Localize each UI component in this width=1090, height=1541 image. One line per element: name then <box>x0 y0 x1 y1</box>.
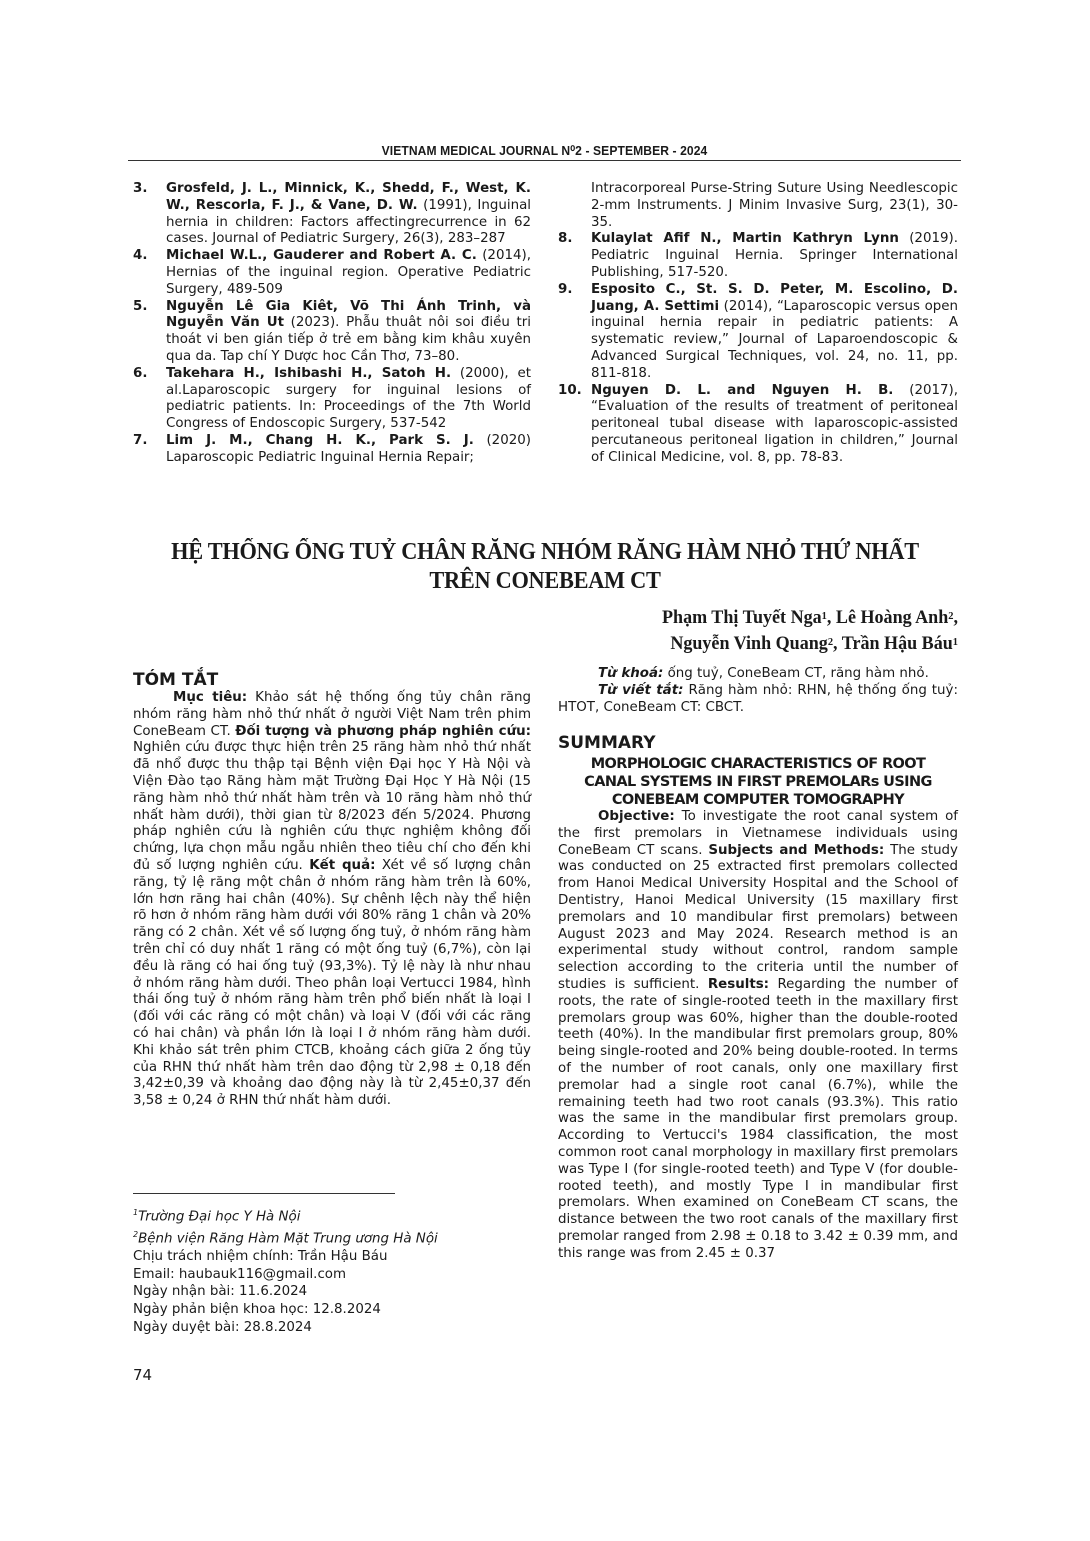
reference-number: 10. <box>558 383 591 467</box>
english-title-line: CONEBEAM COMPUTER TOMOGRAPHY <box>558 791 958 809</box>
reference-number: 3. <box>133 181 166 248</box>
summary-english: SUMMARY MORPHOLOGIC CHARACTERISTICS OF R… <box>558 733 958 1263</box>
journal-page: VIETNAM MEDICAL JOURNAL N⁰2 - SEPTEMBER … <box>0 0 1090 1541</box>
author-name: Phạm Thị Tuyết Nga <box>662 607 822 628</box>
abstract-results-text: Xét về số lượng chân răng, tỷ lệ răng mộ… <box>133 858 531 1108</box>
abbreviations-line: Từ viết tắt: Răng hàm nhỏ: RHN, hệ thống… <box>558 683 958 717</box>
reference-authors: Michael W.L., Gauderer and Robert A. C. <box>166 248 477 263</box>
keywords-block: Từ khoá: ống tuỷ, ConeBeam CT, răng hàm … <box>558 666 958 716</box>
author-list: Phạm Thị Tuyết Nga1, Lê Hoàng Anh2, Nguy… <box>561 605 958 657</box>
reference-number: 6. <box>133 366 166 433</box>
label-objective: Objective: <box>598 809 675 824</box>
reference-item: 10. Nguyen D. L. and Nguyen H. B. (2017)… <box>558 383 958 467</box>
author-name: Trần Hậu Báu <box>842 633 953 654</box>
affiliation-marker: 1 <box>822 610 827 622</box>
section-heading: TÓM TẮT <box>133 670 531 690</box>
reference-item: 5. Nguyễn Lê Gia Kiêt, Võ Thi Ánh Trinh,… <box>133 299 531 366</box>
reference-item: 8. Kulaylat Afif N., Martin Kathryn Lynn… <box>558 231 958 281</box>
references-right: Intracorporeal Purse-String Suture Using… <box>558 181 958 467</box>
reference-continuation: Intracorporeal Purse-String Suture Using… <box>558 181 958 231</box>
keywords-text: ống tuỷ, ConeBeam CT, răng hàm nhỏ. <box>663 666 928 681</box>
label-methods: Đối tượng và phương pháp nghiên cứu: <box>235 724 531 739</box>
reference-authors: Takehara H., Ishibashi H., Satoh H. <box>166 366 451 381</box>
date-reviewed: Ngày phản biện khoa học: 12.8.2024 <box>133 1301 531 1319</box>
abbreviations-label: Từ viết tắt: <box>598 683 683 698</box>
abstract-vietnamese: TÓM TẮT Mục tiêu: Khảo sát hệ thống ống … <box>133 670 531 1110</box>
affiliation-text: Trường Đại học Y Hà Nội <box>138 1209 300 1224</box>
abstract-paragraph: Mục tiêu: Khảo sát hệ thống ống tủy chân… <box>133 690 531 1110</box>
english-title-line: MORPHOLOGIC CHARACTERISTICS OF ROOT <box>558 755 958 773</box>
abstract-methods-text: Nghiên cứu được thực hiện trên 25 răng h… <box>133 740 531 873</box>
summary-methods-text: The study was conducted on 25 extracted … <box>558 843 958 992</box>
article-title: HỆ THỐNG ỐNG TUỶ CHÂN RĂNG NHÓM RĂNG HÀM… <box>150 538 941 596</box>
corresponding-author: Chịu trách nhiệm chính: Trần Hậu Báu <box>133 1248 531 1266</box>
article-title-line: HỆ THỐNG ỐNG TUỶ CHÂN RĂNG NHÓM RĂNG HÀM… <box>150 538 941 567</box>
english-title-line: CANAL SYSTEMS IN FIRST PREMOLARs USING <box>558 773 958 791</box>
summary-results-text: Regarding the number of roots, the rate … <box>558 977 958 1261</box>
date-received: Ngày nhận bài: 11.6.2024 <box>133 1283 531 1301</box>
footnotes: 1Trường Đại học Y Hà Nội 2Bệnh viện Răng… <box>133 1204 531 1336</box>
reference-authors: Nguyen D. L. and Nguyen H. B. <box>591 383 893 398</box>
reference-number: 5. <box>133 299 166 366</box>
reference-authors: Lim J. M., Chang H. K., Park S. J. <box>166 433 474 448</box>
reference-item: 6. Takehara H., Ishibashi H., Satoh H. (… <box>133 366 531 433</box>
label-objective: Mục tiêu: <box>173 690 247 705</box>
footnote-divider <box>133 1193 395 1194</box>
author-name: Nguyễn Vinh Quang <box>670 633 828 654</box>
summary-paragraph: Objective: To investigate the root canal… <box>558 809 958 1263</box>
header-divider <box>128 160 961 161</box>
label-results: Results: <box>708 977 769 992</box>
english-title: MORPHOLOGIC CHARACTERISTICS OF ROOT CANA… <box>558 755 958 809</box>
reference-item: 4. Michael W.L., Gauderer and Robert A. … <box>133 248 531 298</box>
page-number: 74 <box>133 1366 152 1384</box>
email: Email: haubauk116@gmail.com <box>133 1266 531 1284</box>
label-results: Kết quả: <box>309 858 375 873</box>
article-title-line: TRÊN CONEBEAM CT <box>150 567 941 596</box>
reference-item: 9. Esposito C., St. S. D. Peter, M. Esco… <box>558 282 958 383</box>
reference-number: 9. <box>558 282 591 383</box>
affiliation-marker: 2 <box>828 636 833 648</box>
reference-authors: Kulaylat Afif N., Martin Kathryn Lynn <box>591 231 899 246</box>
affiliation-marker: 1 <box>953 636 958 648</box>
label-methods: Subjects and Methods: <box>708 843 884 858</box>
reference-item: 3. Grosfeld, J. L., Minnick, K., Shedd, … <box>133 181 531 248</box>
reference-number: 8. <box>558 231 591 281</box>
section-heading: SUMMARY <box>558 733 958 753</box>
reference-number: 4. <box>133 248 166 298</box>
author-name: Lê Hoàng Anh <box>836 607 948 628</box>
affiliation-1: 1Trường Đại học Y Hà Nội <box>133 1204 531 1226</box>
keywords-line: Từ khoá: ống tuỷ, ConeBeam CT, răng hàm … <box>558 666 958 683</box>
reference-item: 7. Lim J. M., Chang H. K., Park S. J. (2… <box>133 433 531 467</box>
affiliation-marker: 2 <box>948 610 953 622</box>
keywords-label: Từ khoá: <box>598 666 663 681</box>
date-accepted: Ngày duyệt bài: 28.8.2024 <box>133 1319 531 1337</box>
affiliation-2: 2Bệnh viện Răng Hàm Mặt Trung ương Hà Nộ… <box>133 1226 531 1248</box>
affiliation-text: Bệnh viện Răng Hàm Mặt Trung ương Hà Nội <box>138 1232 438 1247</box>
running-header: VIETNAM MEDICAL JOURNAL N⁰2 - SEPTEMBER … <box>157 143 932 159</box>
references-left: 3. Grosfeld, J. L., Minnick, K., Shedd, … <box>133 181 531 467</box>
reference-number: 7. <box>133 433 166 467</box>
